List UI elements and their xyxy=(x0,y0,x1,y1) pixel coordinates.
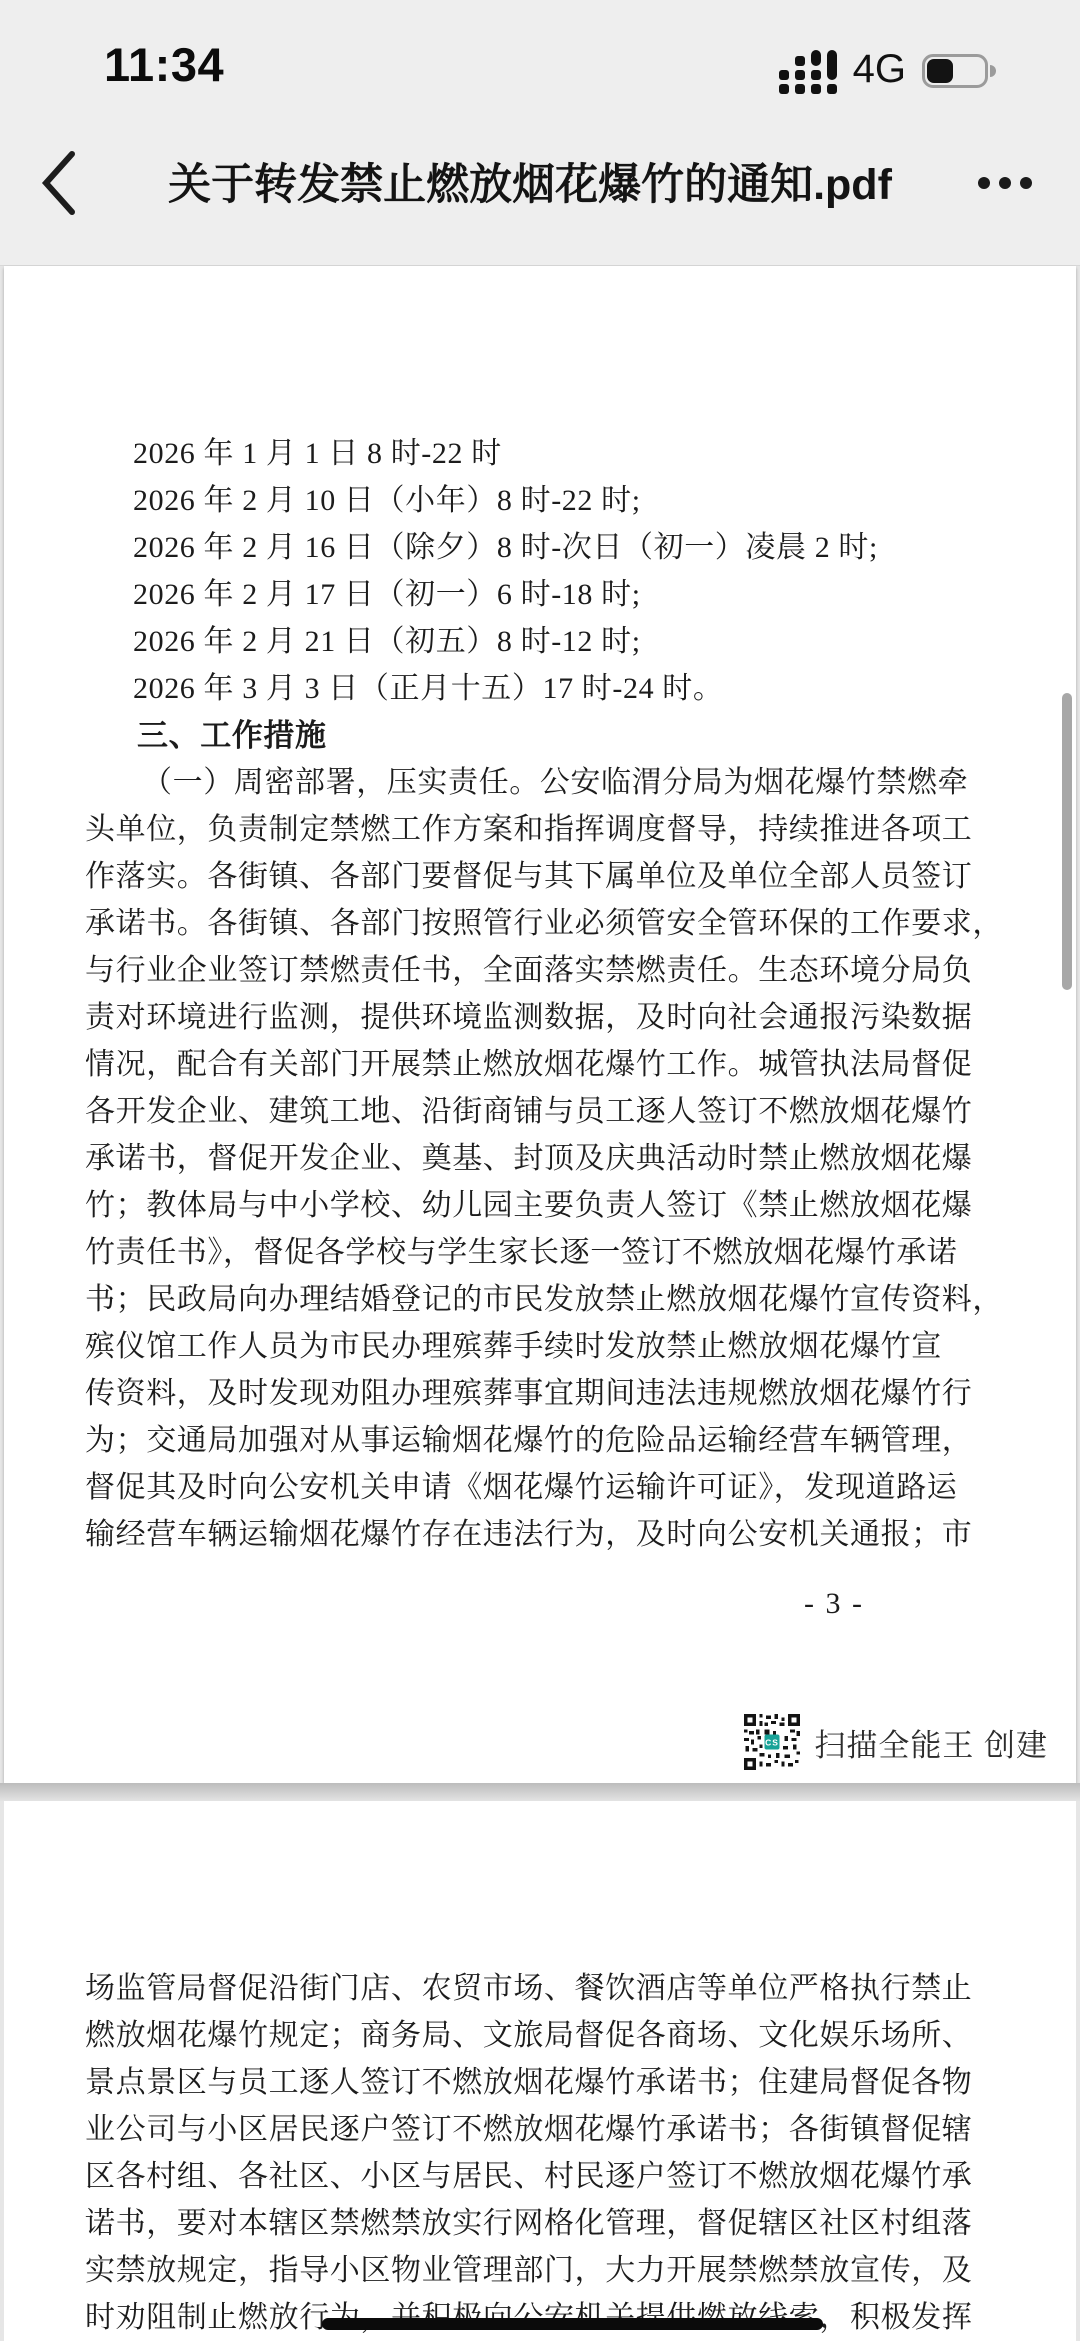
body-line: 督促其及时向公安机关申请《烟花爆竹运输许可证》，发现道路运 xyxy=(4,1464,1076,1511)
body-line: 殡仪馆工作人员为市民办理殡葬手续时发放禁止燃放烟花爆竹宣 xyxy=(4,1323,1076,1370)
body-line: 区各村组、各社区、小区与居民、村民逐户签订不燃放烟花爆竹承 xyxy=(4,2153,1076,2200)
ellipsis-icon xyxy=(978,177,990,189)
schedule-line: 2026 年 2 月 10 日（小年）8 时-22 时; xyxy=(4,477,1076,524)
body-line: 场监管局督促沿街门店、农贸市场、餐饮酒店等单位严格执行禁止 xyxy=(4,1965,1076,2012)
nav-bar: 关于转发禁止燃放烟花爆竹的通知.pdf xyxy=(0,128,1080,248)
body-line: 各开发企业、建筑工地、沿街商铺与员工逐人签订不燃放烟花爆竹 xyxy=(4,1088,1076,1135)
schedule-line: 2026 年 2 月 16 日（除夕）8 时-次日（初一）凌晨 2 时; xyxy=(4,524,1076,571)
status-icons: 4G xyxy=(779,34,988,96)
chevron-left-icon xyxy=(38,150,82,216)
schedule-line: 2026 年 3 月 3 日（正月十五）17 时-24 时。 xyxy=(4,665,1076,712)
body-line: 头单位，负责制定禁燃工作方案和指挥调度督导，持续推进各项工 xyxy=(4,806,1076,853)
body-line-redacted: 时劝阻制止燃放行为，并积极向公安机关提供燃放线索，积极发挥 xyxy=(4,2294,1076,2341)
schedule-line: 2026 年 1 月 1 日 8 时-22 时 xyxy=(4,430,1076,477)
redacted-line-prefix: 时劝阻制止燃放行 xyxy=(85,2301,330,2334)
scrollbar[interactable] xyxy=(1062,693,1072,990)
redacted-strikethrough-text: 为，并积极向公安机关提供燃放线索 xyxy=(330,2301,820,2334)
body-line: 为；交通局加强对从事运输烟花爆竹的危险品运输经营车辆管理， xyxy=(4,1417,1076,1464)
pdf-page-4: 场监管局督促沿街门店、农贸市场、餐饮酒店等单位严格执行禁止 燃放烟花爆竹规定；商… xyxy=(4,1801,1076,2341)
body-line: 承诺书。各街镇、各部门按照管行业必须管安全管环保的工作要求， xyxy=(4,900,1076,947)
section-heading: 三、工作措施 xyxy=(4,712,1076,759)
top-chrome: 11:34 4G 关于转发禁止燃放烟花爆竹的通知.pdf xyxy=(0,0,1080,266)
svg-text:CS: CS xyxy=(765,1738,779,1748)
body-line: 输经营车辆运输烟花爆竹存在违法行为，及时向公安机关通报；市 xyxy=(4,1511,1076,1558)
body-line: 竹责任书》，督促各学校与学生家长逐一签订不燃放烟花爆竹承诺 xyxy=(4,1229,1076,1276)
body-line: 责对环境进行监测，提供环境监测数据，及时向社会通报污染数据 xyxy=(4,994,1076,1041)
body-line: 业公司与小区居民逐户签订不燃放烟花爆竹承诺书；各街镇督促辖 xyxy=(4,2106,1076,2153)
body-line: 作落实。各街镇、各部门要督促与其下属单位及单位全部人员签订 xyxy=(4,853,1076,900)
body-line: 实禁放规定，指导小区物业管理部门，大力开展禁燃禁放宣传，及 xyxy=(4,2247,1076,2294)
cellular-signal-icon xyxy=(779,38,837,96)
body-line: 承诺书，督促开发企业、奠基、封顶及庆典活动时禁止燃放烟花爆 xyxy=(4,1135,1076,1182)
body-line: 与行业企业签订禁燃责任书，全面落实禁燃责任。生态环境分局负 xyxy=(4,947,1076,994)
pdf-page-3: 2026 年 1 月 1 日 8 时-22 时 2026 年 2 月 10 日（… xyxy=(4,266,1076,1783)
more-options-button[interactable] xyxy=(960,148,1050,218)
back-button[interactable] xyxy=(20,138,100,228)
document-title: 关于转发禁止燃放烟花爆竹的通知.pdf xyxy=(120,142,940,228)
body-line: 燃放烟花爆竹规定；商务局、文旅局督促各商场、文化娱乐场所、 xyxy=(4,2012,1076,2059)
body-line: 竹；教体局与中小学校、幼儿园主要负责人签订《禁止燃放烟花爆 xyxy=(4,1182,1076,1229)
body-line: 景点景区与员工逐人签订不燃放烟花爆竹承诺书；住建局督促各物 xyxy=(4,2059,1076,2106)
body-line: 情况，配合有关部门开展禁止燃放烟花爆竹工作。城管执法局督促 xyxy=(4,1041,1076,1088)
qr-code-icon: CS xyxy=(744,1714,800,1770)
body-line: 诺书，要对本辖区禁燃禁放实行网格化管理，督促辖区社区村组落 xyxy=(4,2200,1076,2247)
status-bar: 11:34 4G xyxy=(0,34,1080,96)
status-time: 11:34 xyxy=(104,34,224,96)
body-line: （一）周密部署，压实责任。公安临渭分局为烟花爆竹禁燃牵 xyxy=(4,759,1076,806)
schedule-line: 2026 年 2 月 21 日（初五）8 时-12 时; xyxy=(4,618,1076,665)
network-type-label: 4G xyxy=(853,42,906,96)
page-number: - 3 - xyxy=(4,1584,1076,1624)
page-separator xyxy=(0,1783,1080,1801)
battery-icon xyxy=(922,54,988,88)
scan-watermark-label: 扫描全能王 创建 xyxy=(814,1720,1048,1765)
redacted-line-suffix: ，积极发挥 xyxy=(819,2301,972,2334)
schedule-line: 2026 年 2 月 17 日（初一）6 时-18 时; xyxy=(4,571,1076,618)
scan-watermark: CS 扫描全能王 创建 xyxy=(744,1714,1048,1770)
body-line: 书；民政局向办理结婚登记的市民发放禁止燃放烟花爆竹宣传资料， xyxy=(4,1276,1076,1323)
body-line: 传资料，及时发现劝阻办理殡葬事宜期间违法违规燃放烟花爆竹行 xyxy=(4,1370,1076,1417)
